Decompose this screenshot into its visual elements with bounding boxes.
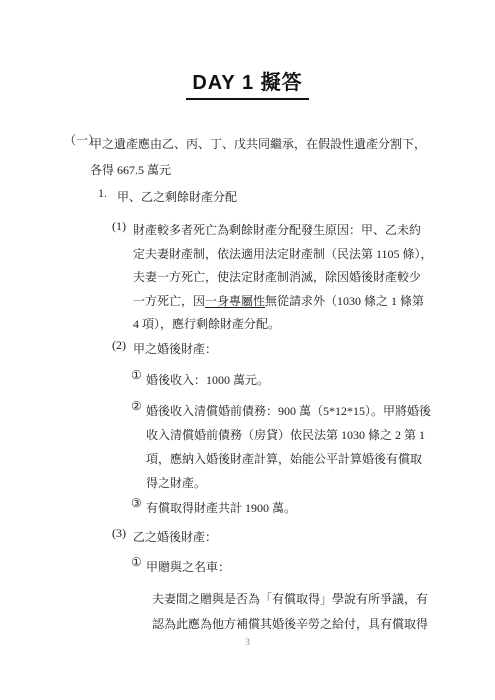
list-marker-paren-1: (1) xyxy=(112,219,126,234)
underlined-phrase: 一身專屬性 xyxy=(205,294,265,308)
text-line: 甲、乙之剩餘財產分配 xyxy=(117,186,237,209)
text-line: 各得 667.5 萬元 xyxy=(90,157,426,183)
section-item-one-body: 甲之遺產應由乙、丙、丁、戊共同繼承，在假設性遺產分割下， 各得 667.5 萬元 xyxy=(90,131,426,183)
text-line: 夫妻間之贈與是否為「有償取得」學說有所爭議，有 xyxy=(152,587,428,612)
paragraph-2-item-3-text: 有償取得財產共計 1900 萬。 xyxy=(146,496,296,520)
text-line: 夫妻一方死亡，使法定財產制消滅，除因婚後財產較少 xyxy=(133,266,433,290)
circled-marker-1: ① xyxy=(131,368,142,383)
text-line: 有償取得財產共計 1900 萬。 xyxy=(146,496,296,520)
text-segment: 一方死亡，因 xyxy=(133,294,205,308)
text-segment: 無從請求外（1030 條之 1 條第 xyxy=(265,294,424,308)
paragraph-2-item-1-text: 婚後收入：1000 萬元。 xyxy=(146,368,269,392)
paragraph-3-item-1-text: 甲贈與之名車： xyxy=(146,555,230,579)
page-title: DAY 1 擬答 xyxy=(0,66,495,100)
circled-marker-3: ③ xyxy=(131,496,142,511)
text-line: 甲之遺產應由乙、丙、丁、戊共同繼承，在假設性遺產分割下， xyxy=(90,131,426,157)
text-line: 定夫妻財產制，依法適用法定財產制（民法第 1105 條）， xyxy=(133,243,433,267)
text-line: 得之財產。 xyxy=(146,471,431,495)
text-line: 財產較多者死亡為剩餘財產分配發生原因：甲、乙未約 xyxy=(133,219,433,243)
text-line: 4 項），應行剩餘財產分配。 xyxy=(133,313,433,337)
text-line: 乙之婚後財產： xyxy=(133,526,217,550)
text-line: 甲之婚後財產： xyxy=(133,338,217,362)
paragraph-2-item-2-body: 婚後收入清償婚前債務：900 萬（5*12*15）。甲將婚後 收入清償婚前債務（… xyxy=(146,399,431,495)
paragraph-1-body: 財產較多者死亡為剩餘財產分配發生原因：甲、乙未約 定夫妻財產制，依法適用法定財產… xyxy=(133,219,433,337)
paragraph-3-heading-text: 乙之婚後財產： xyxy=(133,526,217,550)
circled-marker-1: ① xyxy=(131,555,142,570)
text-line: 認為此應為他方補償其婚後辛勞之給付，具有償取得 xyxy=(152,612,428,637)
text-line: 甲贈與之名車： xyxy=(146,555,230,579)
page-title-text: DAY 1 擬答 xyxy=(186,66,308,100)
list-marker-1: 1. xyxy=(98,186,107,201)
text-line: 婚後收入：1000 萬元。 xyxy=(146,368,269,392)
numbered-heading-1-text: 甲、乙之剩餘財產分配 xyxy=(117,186,237,209)
page-number: 3 xyxy=(0,638,495,648)
text-line: 收入清償婚前債務（房貸）依民法第 1030 條之 2 第 1 xyxy=(146,423,431,447)
text-line: 項，應納入婚後財產計算，始能公平計算婚後有償取 xyxy=(146,447,431,471)
paragraph-3-sub-body: 夫妻間之贈與是否為「有償取得」學說有所爭議，有 認為此應為他方補償其婚後辛勞之給… xyxy=(152,587,428,636)
paragraph-2-heading-text: 甲之婚後財產： xyxy=(133,338,217,362)
text-line: 婚後收入清償婚前債務：900 萬（5*12*15）。甲將婚後 xyxy=(146,399,431,423)
document-page: DAY 1 擬答 （一） 甲之遺產應由乙、丙、丁、戊共同繼承，在假設性遺產分割下… xyxy=(0,0,495,700)
text-line-with-underline: 一方死亡，因一身專屬性無從請求外（1030 條之 1 條第 xyxy=(133,290,433,314)
list-marker-paren-3: (3) xyxy=(112,526,126,541)
circled-marker-2: ② xyxy=(131,399,142,414)
list-marker-paren-2: (2) xyxy=(112,338,126,353)
